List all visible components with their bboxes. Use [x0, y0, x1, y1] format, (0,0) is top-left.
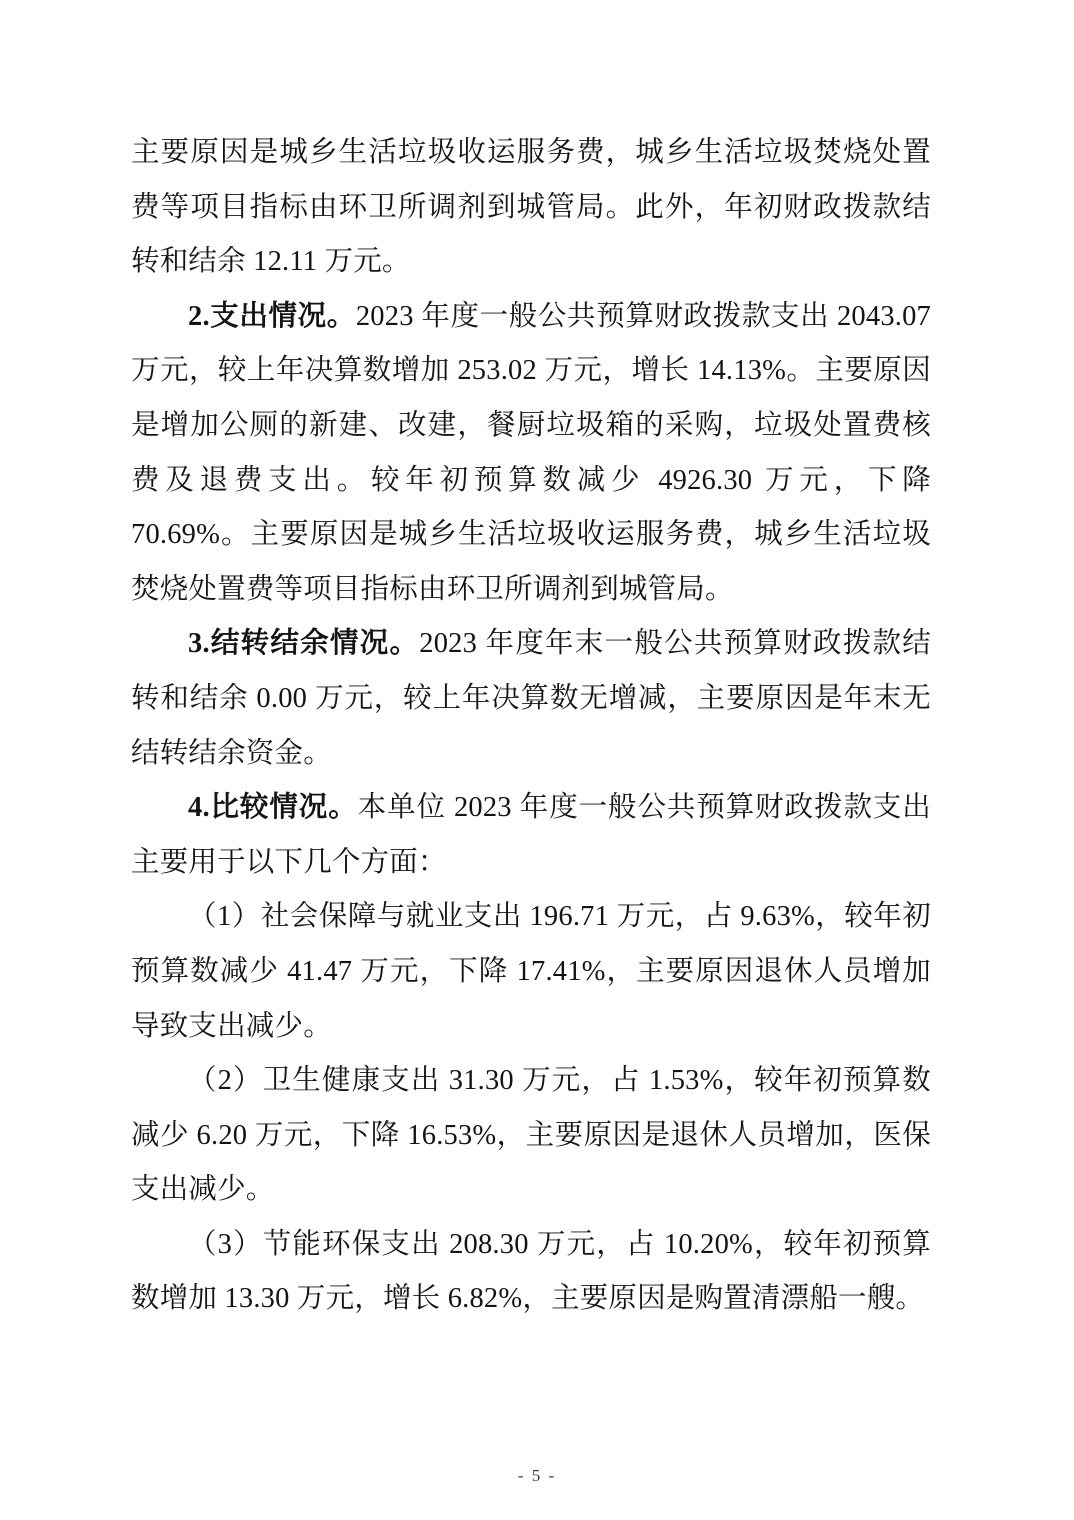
paragraph: 主要原因是城乡生活垃圾收运服务费，城乡生活垃圾焚烧处置费等项目指标由环卫所调剂到… [131, 126, 931, 290]
section-heading: 3.结转结余情况。 [188, 628, 419, 659]
document-body: 主要原因是城乡生活垃圾收运服务费，城乡生活垃圾焚烧处置费等项目指标由环卫所调剂到… [131, 126, 931, 1327]
section-heading: 2.支出情况。 [188, 301, 356, 332]
paragraph: （2）卫生健康支出 31.30 万元，占 1.53%，较年初预算数减少 6.20… [131, 1054, 931, 1218]
paragraph: （3）节能环保支出 208.30 万元，占 10.20%，较年初预算数增加 13… [131, 1218, 931, 1327]
paragraph: （1）社会保障与就业支出 196.71 万元，占 9.63%，较年初预算数减少 … [131, 890, 931, 1054]
document-page: 主要原因是城乡生活垃圾收运服务费，城乡生活垃圾焚烧处置费等项目指标由环卫所调剂到… [0, 0, 1074, 1520]
paragraph: 2.支出情况。2023 年度一般公共预算财政拨款支出 2043.07 万元，较上… [131, 290, 931, 618]
section-heading: 4.比较情况。 [188, 792, 358, 823]
page-number: - 5 - [0, 1466, 1074, 1486]
paragraph: 3.结转结余情况。2023 年度年末一般公共预算财政拨款结转和结余 0.00 万… [131, 617, 931, 781]
paragraph: 4.比较情况。本单位 2023 年度一般公共预算财政拨款支出主要用于以下几个方面… [131, 781, 931, 890]
